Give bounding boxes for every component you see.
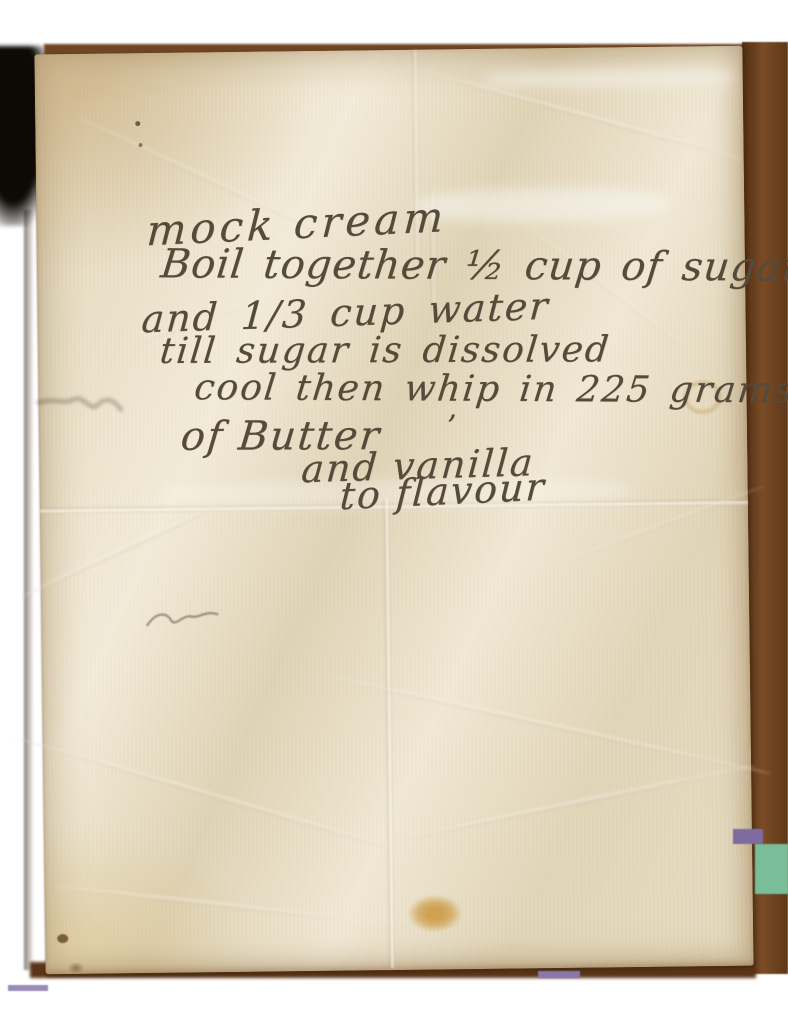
recipe-line-8: to flavour	[339, 464, 547, 518]
apostrophe-mark: ’	[447, 409, 457, 444]
paper-sheet: mock cream Boil together ½ cup of sugar …	[34, 46, 753, 975]
recipe-line-4: till sugar is dissolved	[158, 329, 612, 372]
recipe-line-5: cool then whip in 225 grams	[192, 367, 788, 411]
photo-of-recipe-note: mock cream Boil together ½ cup of sugar …	[0, 0, 788, 1024]
edge-artifact-green	[755, 844, 788, 894]
handwriting-layer: mock cream Boil together ½ cup of sugar …	[34, 46, 753, 975]
recipe-line-2: Boil together ½ cup of sugar	[158, 241, 788, 290]
edge-artifact-purple	[8, 985, 48, 991]
edge-artifact-purple	[733, 829, 763, 844]
edge-artifact-purple	[538, 971, 580, 978]
